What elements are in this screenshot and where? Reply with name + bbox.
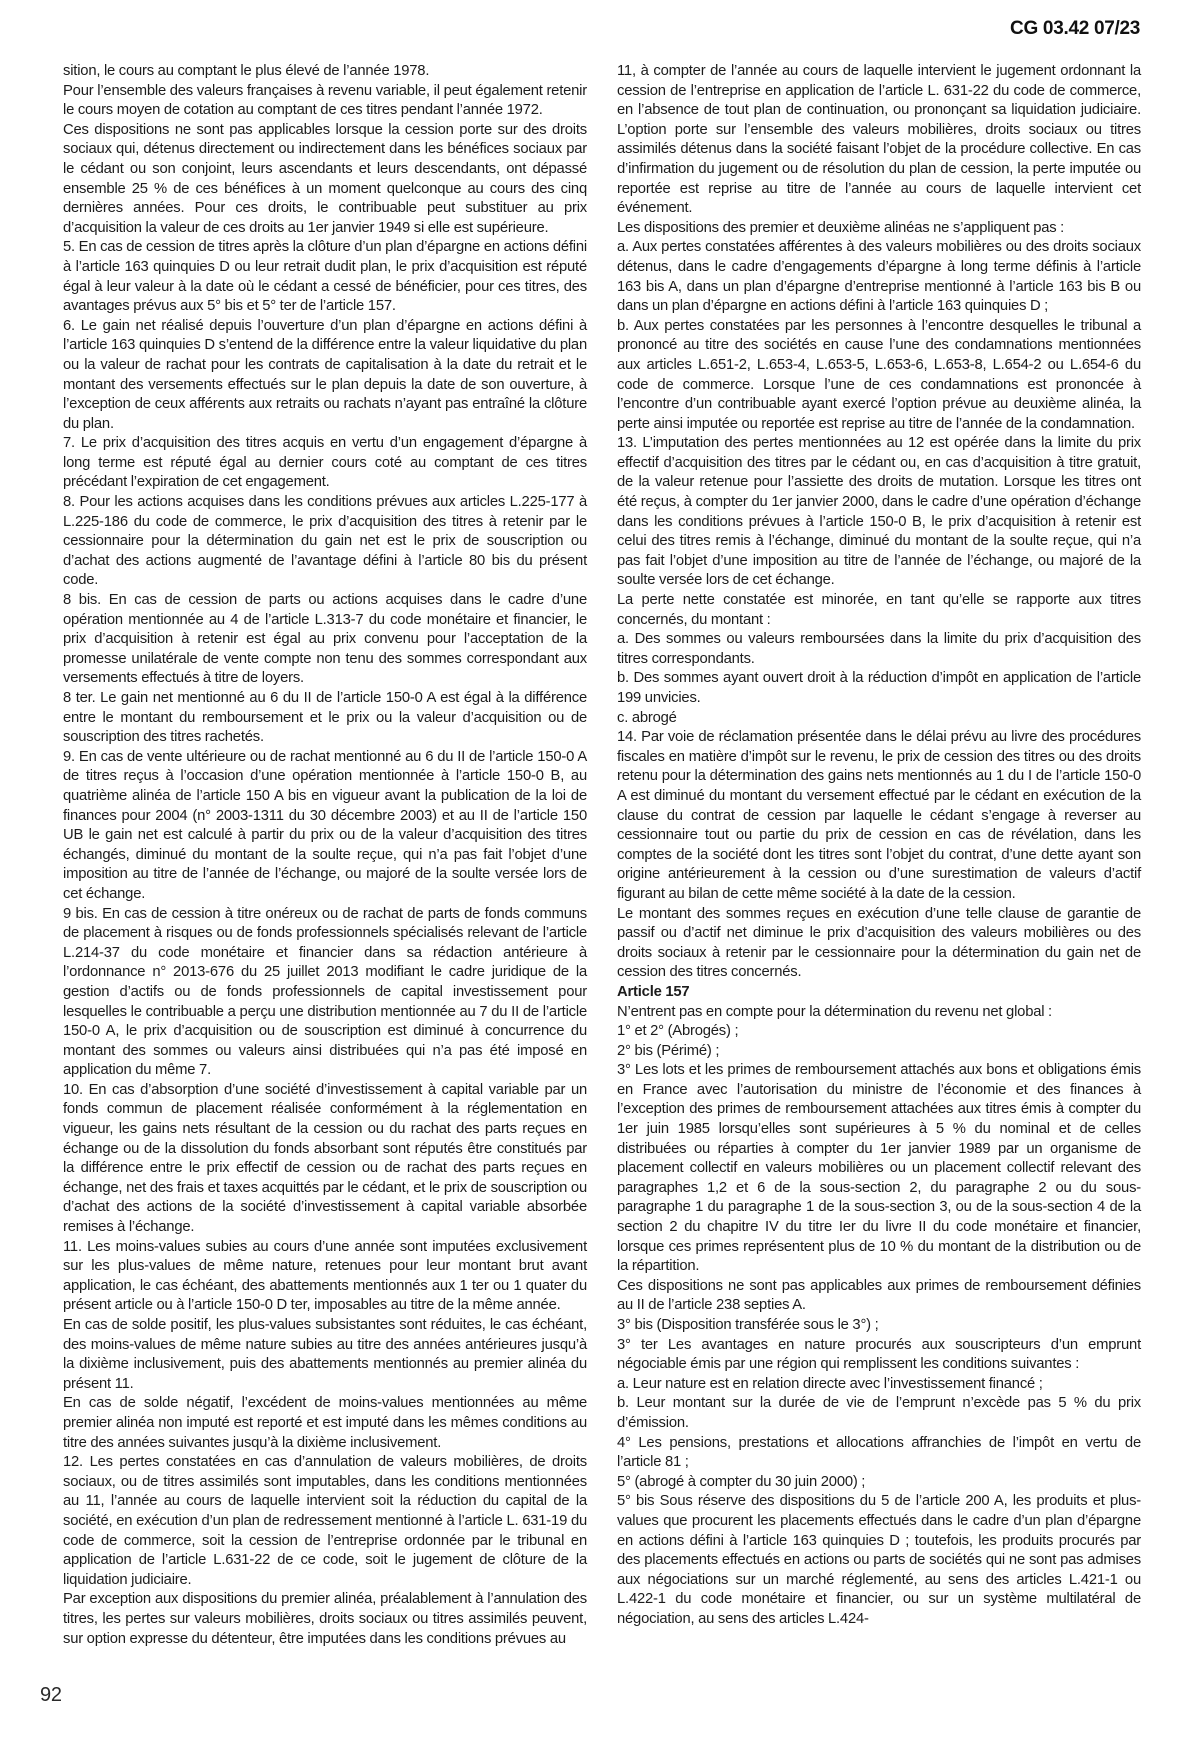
paragraph: a. Des sommes ou valeurs remboursées dan… xyxy=(617,630,1141,669)
paragraph: 5. En cas de cession de titres après la … xyxy=(63,238,587,316)
paragraph: 3° Les lots et les primes de rembourseme… xyxy=(617,1061,1141,1277)
paragraph: 8 bis. En cas de cession de parts ou act… xyxy=(63,591,587,689)
page-number: 92 xyxy=(40,1684,62,1707)
paragraph: 10. En cas d’absorption d’une société d’… xyxy=(63,1081,587,1238)
paragraph: sition, le cours au comptant le plus éle… xyxy=(63,62,587,82)
paragraph: a. Leur nature est en relation directe a… xyxy=(617,1375,1141,1395)
paragraph: Pour l’ensemble des valeurs françaises à… xyxy=(63,82,587,121)
paragraph: b. Aux pertes constatées par les personn… xyxy=(617,317,1141,435)
paragraph: Par exception aux dispositions du premie… xyxy=(63,1590,587,1649)
paragraph: 7. Le prix d’acquisition des titres acqu… xyxy=(63,434,587,493)
right-column: 11, à compter de l’année au cours de laq… xyxy=(617,62,1141,1649)
paragraph: 8. Pour les actions acquises dans les co… xyxy=(63,493,587,591)
paragraph: Ces dispositions ne sont pas applicables… xyxy=(617,1277,1141,1316)
paragraph: 13. L’imputation des pertes mentionnées … xyxy=(617,434,1141,591)
paragraph: a. Aux pertes constatées afférentes à de… xyxy=(617,238,1141,316)
left-column: sition, le cours au comptant le plus éle… xyxy=(63,62,587,1649)
document-reference: CG 03.42 07/23 xyxy=(1010,18,1140,40)
article-heading: Article 157 xyxy=(617,983,1141,1003)
paragraph: 1° et 2° (Abrogés) ; xyxy=(617,1022,1141,1042)
paragraph: Ces dispositions ne sont pas applicables… xyxy=(63,121,587,239)
paragraph: Les dispositions des premier et deuxième… xyxy=(617,219,1141,239)
paragraph: 14. Par voie de réclamation présentée da… xyxy=(617,728,1141,904)
paragraph: En cas de solde négatif, l’excédent de m… xyxy=(63,1394,587,1453)
paragraph: Le montant des sommes reçues en exécutio… xyxy=(617,905,1141,983)
paragraph: 3° bis (Disposition transférée sous le 3… xyxy=(617,1316,1141,1336)
paragraph: b. Des sommes ayant ouvert droit à la ré… xyxy=(617,669,1141,708)
paragraph: 5° (abrogé à compter du 30 juin 2000) ; xyxy=(617,1473,1141,1493)
text-columns: sition, le cours au comptant le plus éle… xyxy=(63,62,1141,1649)
document-page: CG 03.42 07/23 sition, le cours au compt… xyxy=(0,0,1200,1739)
paragraph: 11. Les moins-values subies au cours d’u… xyxy=(63,1238,587,1316)
paragraph: 2° bis (Périmé) ; xyxy=(617,1042,1141,1062)
paragraph: La perte nette constatée est minorée, en… xyxy=(617,591,1141,630)
paragraph: 6. Le gain net réalisé depuis l’ouvertur… xyxy=(63,317,587,435)
paragraph: 4° Les pensions, prestations et allocati… xyxy=(617,1434,1141,1473)
paragraph: 3° ter Les avantages en nature procurés … xyxy=(617,1336,1141,1375)
paragraph: 8 ter. Le gain net mentionné au 6 du II … xyxy=(63,689,587,748)
paragraph: c. abrogé xyxy=(617,709,1141,729)
paragraph: N’entrent pas en compte pour la détermin… xyxy=(617,1003,1141,1023)
paragraph: 9. En cas de vente ultérieure ou de rach… xyxy=(63,748,587,905)
paragraph: 9 bis. En cas de cession à titre onéreux… xyxy=(63,905,587,1081)
paragraph: En cas de solde positif, les plus-values… xyxy=(63,1316,587,1394)
paragraph: 5° bis Sous réserve des dispositions du … xyxy=(617,1492,1141,1629)
paragraph: 11, à compter de l’année au cours de laq… xyxy=(617,62,1141,219)
paragraph: 12. Les pertes constatées en cas d’annul… xyxy=(63,1453,587,1590)
paragraph: b. Leur montant sur la durée de vie de l… xyxy=(617,1394,1141,1433)
